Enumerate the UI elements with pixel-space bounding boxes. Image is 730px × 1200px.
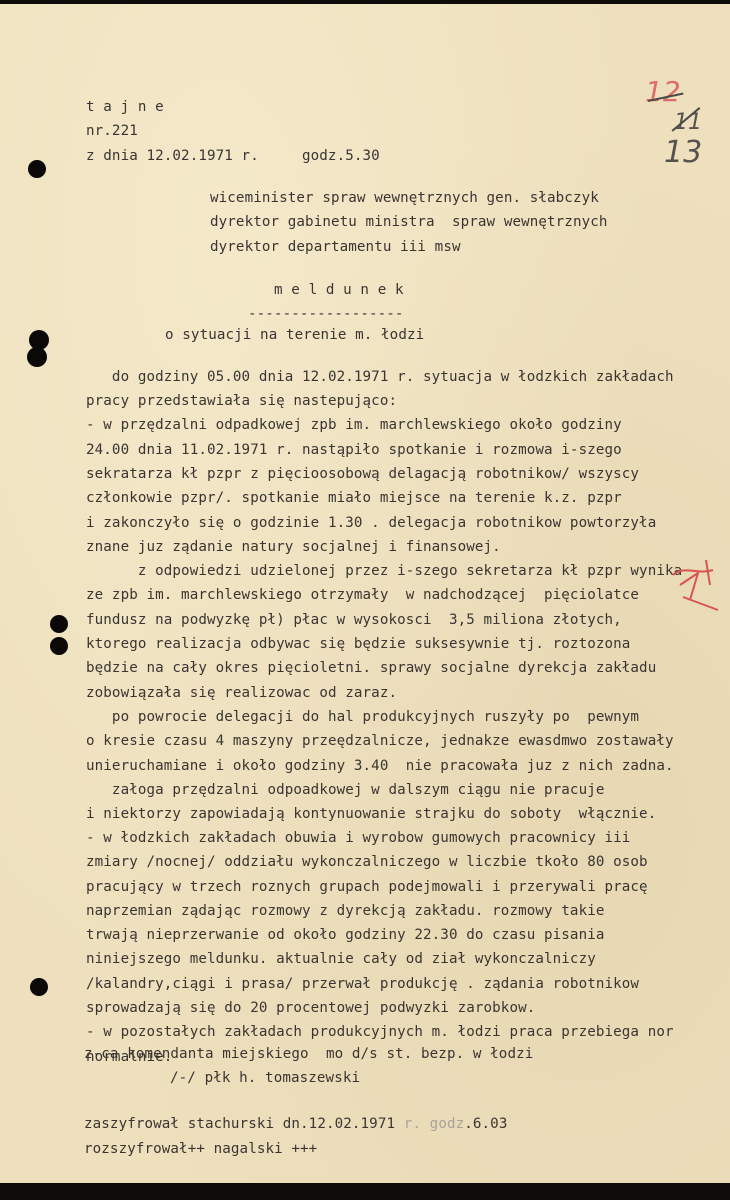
report-line: o kresie czasu 4 maszyny przeędzalnicze,… [86,732,674,750]
archive-number-struck: 11 [674,110,702,135]
punch-hole [28,160,46,178]
report-line: ktorego realizacja odbywac się będzie su… [86,635,630,653]
recipient: dyrektor departamentu iii msw [210,238,461,256]
document-title: m e l d u n e k [274,281,404,299]
report-line: do godziny 05.00 dnia 12.02.1971 r. sytu… [86,368,674,386]
report-line: sekratarza kł pzpr z pięcioosobową delag… [86,465,639,483]
document-number: nr.221 [86,122,138,140]
report-line: członkowie pzpr/. spotkanie miało miejsc… [86,489,622,507]
report-line: niniejszego meldunku. aktualnie cały od … [86,950,596,968]
report-line: z odpowiedzi udzielonej przez i-szego se… [86,562,682,580]
report-line: - w pozostałych zakładach produkcyjnych … [86,1023,674,1041]
document-time: godz.5.30 [302,147,380,165]
report-line: fundusz na podwyzkę pł) płac w wysokosci… [86,611,622,629]
report-line: po powrocie delegacji do hal produkcyjny… [86,708,639,726]
report-line: sprowadzają się do 20 procentowej podwyz… [86,999,535,1017]
punch-hole [50,615,68,633]
encryption-note: zaszyfrował stachurski dn.12.02.1971 r. … [84,1115,507,1133]
report-line: będzie na cały okres pięcioletni. sprawy… [86,659,656,677]
report-line: 24.00 dnia 11.02.1971 r. nastąpiło spotk… [86,441,622,459]
report-line: trwają nieprzerwanie od około godziny 22… [86,926,605,944]
report-line: znane juz ządanie natury socjalnej i fin… [86,538,501,556]
report-line: ze zpb im. marchlewskiego otrzymały w na… [86,586,639,604]
report-line: - w przędzalni odpadkowej zpb im. marchl… [86,416,622,434]
report-line: i zakonczyło się o godzinie 1.30 . deleg… [86,514,656,532]
report-line: - w łodzkich zakładach obuwia i wyrobow … [86,829,630,847]
report-line: pracujący w trzech roznych grupach podej… [86,878,648,896]
recipient: wiceminister spraw wewnętrznych gen. sła… [210,189,599,207]
report-line: zmiary /nocnej/ oddziału wykonczalniczeg… [86,853,648,871]
signature-title: z-ca komendanta miejskiego mo d/s st. be… [84,1045,533,1063]
punch-hole [27,347,47,367]
punch-hole [50,637,68,655]
archive-number-current: 13 [664,135,702,170]
page-torn-edge [0,1183,730,1200]
classification-label: t a j n e [86,98,164,116]
report-line: unieruchamiane i około godziny 3.40 nie … [86,757,674,775]
report-line: naprzemian ządając rozmowy z dyrekcją za… [86,902,605,920]
archive-number-red: 12 [645,75,681,108]
document-date: z dnia 12.02.1971 r. [86,147,259,165]
recipient: dyrektor gabinetu ministra spraw wewnętr… [210,213,608,231]
document-subtitle: o sytuacji na terenie m. łodzi [165,326,424,344]
report-line: i niektorzy zapowiadają kontynuowanie st… [86,805,656,823]
margin-annotation [668,555,728,615]
title-underline: ------------------ [248,305,404,323]
report-line: /kalandry,ciągi i prasa/ przerwał produk… [86,975,639,993]
signature-name: /-/ płk h. tomaszewski [170,1069,360,1087]
report-line: pracy przedstawiała się nastepująco: [86,392,397,410]
report-line: załoga przędzalni odpoadkowej w dalszym … [86,781,605,799]
decryption-note: rozszyfrował++ nagalski +++ [84,1140,317,1158]
report-line: zobowiązała się realizowac od zaraz. [86,684,397,702]
punch-hole [30,978,48,996]
